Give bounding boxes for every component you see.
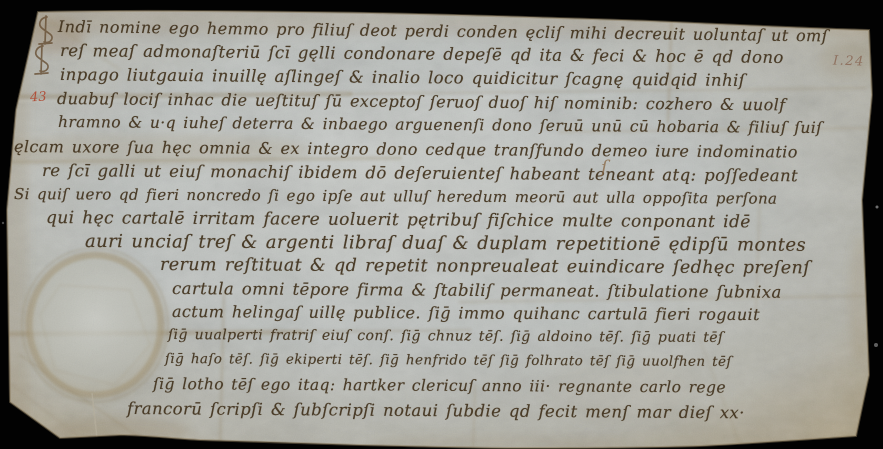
charter-line-14: ſiḡ uualperti fratriſ eiuſ conſ. ſiḡ chn… (168, 327, 724, 346)
charter-line-11: rerum reſtituat & qd repetit nonpreualea… (160, 255, 810, 278)
insertion-mark: ſ (601, 157, 608, 178)
charter-line-12: cartula omni tēpore firma & ſtabiliſ per… (172, 279, 782, 302)
charter-line-10: auri unciaſ treſ & argenti libraſ duaſ &… (85, 231, 806, 256)
charter-line-13: actum helingaſ uillę publice. ſiḡ immo q… (172, 302, 760, 324)
charter-line-16: ſiḡ lotho tēſ ego itaq: hartker clericuſ… (153, 375, 726, 396)
margin-number-rubric: 43 (30, 90, 47, 106)
archive-shelfmark: I.24 (833, 53, 865, 69)
charter-photograph: Indī nomine ego hemmo pro filiuſ deot pe… (0, 0, 883, 449)
charter-line-15: ſiḡ haſo tēſ. ſiḡ ekiperti tēſ. ſiḡ henf… (165, 351, 732, 370)
